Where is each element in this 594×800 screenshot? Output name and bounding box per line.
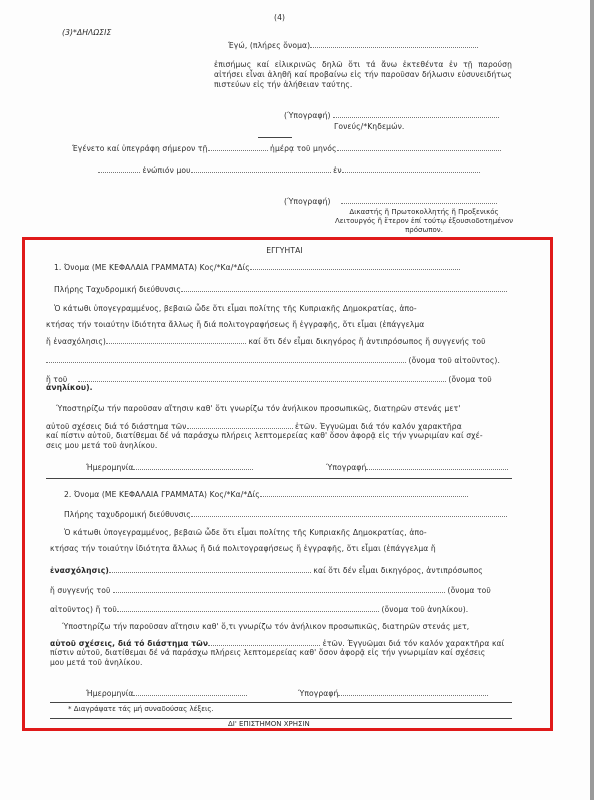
page-number: (4) xyxy=(274,13,285,23)
parent-signature-label: (Ύπογραφή) xyxy=(284,111,331,120)
document-page: (3)*ΔΗΛΩΣΙΣ (4) Έγώ, (πλήρες ὄνομα) ἐπισ… xyxy=(0,0,590,800)
parent-role: Γονεύς/*Κηδεμών. xyxy=(334,122,404,132)
place-line[interactable] xyxy=(342,165,480,173)
official-signature-field[interactable]: (Ύπογραφή) xyxy=(284,196,497,207)
year-line[interactable] xyxy=(98,165,140,173)
divider-short xyxy=(258,137,292,138)
made-month-label: ἡμέρᾳ τοῦ μηνός xyxy=(270,144,337,153)
official-name-line[interactable] xyxy=(191,165,331,173)
made-line-1[interactable]: Έγένετο καί ὑπεγράφη σήμερον τῇ ἡμέρᾳ το… xyxy=(72,143,501,154)
made-day-label: Έγένετο καί ὑπεγράφη σήμερον τῇ xyxy=(72,144,208,153)
parent-signature-field[interactable]: (Ύπογραφή) xyxy=(284,110,499,121)
parent-signature-line[interactable] xyxy=(333,110,499,118)
place-label: ἐν xyxy=(333,166,342,175)
made-line-2[interactable]: ἐνώπιόν μου ἐν xyxy=(98,165,480,176)
official-role: Δικαστής ἤ Πρωτοκολλητής ἤ Προξενικός Λε… xyxy=(334,208,514,235)
declaration-statement: ἐπισήμως καί εἰλικρινῶς δηλῶ ὅτι τά ἄνω … xyxy=(214,60,512,90)
scrollbar[interactable] xyxy=(590,0,594,800)
before-me-label: ἐνώπιόν μου xyxy=(143,166,191,175)
section-label: (3)*ΔΗΛΩΣΙΣ xyxy=(62,28,111,38)
declarant-name-field[interactable]: Έγώ, (πλήρες ὄνομα) xyxy=(228,40,478,51)
declarant-name-line[interactable] xyxy=(310,40,478,48)
month-line[interactable] xyxy=(337,143,501,151)
day-line[interactable] xyxy=(208,143,268,151)
guarantors-highlight-box xyxy=(22,237,553,731)
official-signature-line[interactable] xyxy=(341,196,497,204)
official-signature-label: (Ύπογραφή) xyxy=(284,197,331,206)
declarant-name-label: Έγώ, (πλήρες ὄνομα) xyxy=(228,41,310,50)
